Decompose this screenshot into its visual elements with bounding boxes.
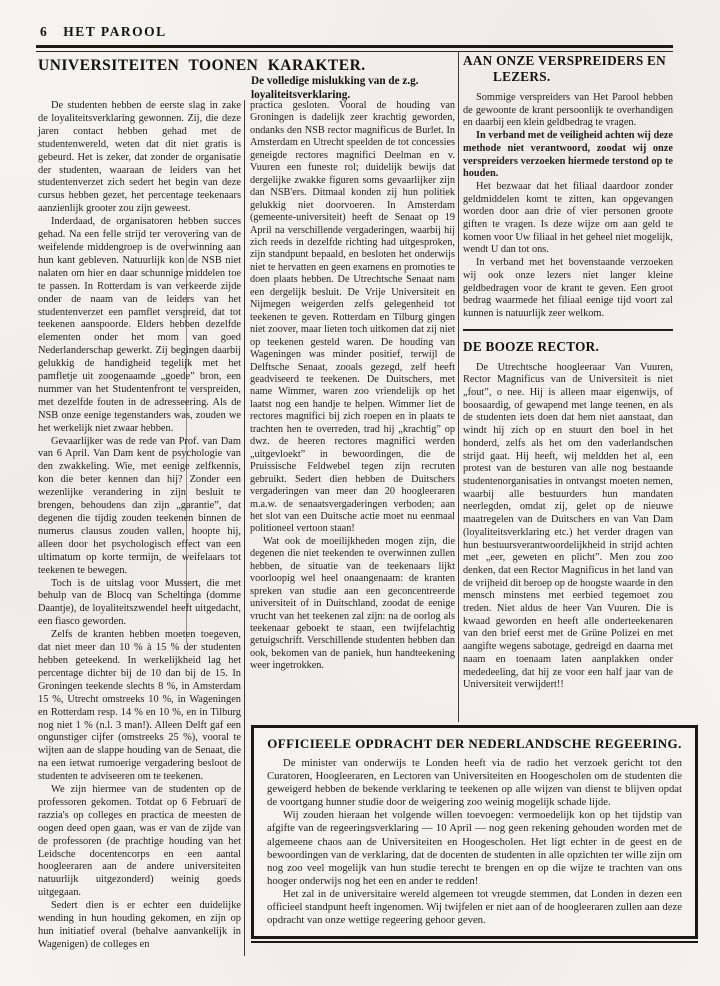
article-paragraph: We zijn hiermee van de studenten op de p…: [38, 784, 241, 900]
article-paragraph: In verband met het bovenstaande verzoeke…: [463, 257, 673, 321]
article-paragraph-bold: In verband met de veiligheid achten wij …: [463, 130, 673, 181]
masthead: HET PAROOL: [63, 24, 166, 40]
column-1: De studenten hebben de eerste slag in za…: [38, 100, 241, 952]
main-headline: UNIVERSITEITEN TOONEN KARAKTER.: [38, 57, 366, 75]
official-statement-box: OFFICIEELE OPDRACHT DER NEDERLANDSCHE RE…: [251, 725, 698, 939]
article-paragraph: De Utrechtsche hoogleeraar Van Vuuren, R…: [463, 362, 673, 692]
article-paragraph: Het zal in de universitaire wereld algem…: [267, 888, 682, 927]
article-paragraph: Toch is de uitslag voor Mussert, die met…: [38, 578, 241, 630]
column-2: practica gesloten. Vooral de houding van…: [250, 100, 455, 673]
newspaper-page: 6 HET PAROOL UNIVERSITEITEN TOONEN KARAK…: [0, 0, 720, 986]
verspreiders-headline: AAN ONZE VERSPREIDERS EN LEZERS.: [463, 53, 673, 85]
article-paragraph: practica gesloten. Vooral de houding van…: [250, 100, 455, 536]
official-box-headline: OFFICIEELE OPDRACHT DER NEDERLANDSCHE RE…: [267, 736, 682, 752]
column-3: AAN ONZE VERSPREIDERS EN LEZERS. Sommige…: [463, 53, 673, 692]
article-paragraph: Gevaarlijker was de rede van Prof. van D…: [38, 436, 241, 578]
page-number: 6: [40, 24, 48, 40]
column-divider: [458, 52, 459, 722]
header-rule: [36, 45, 673, 52]
article-paragraph: Zelfs de kranten hebben moeten toegeven,…: [38, 629, 241, 784]
article-paragraph: Wij zouden hieraan het volgende willen t…: [267, 809, 682, 888]
article-paragraph: Sedert dien is er echter een duidelijke …: [38, 900, 241, 952]
article-paragraph: De minister van onderwijs te Londen heef…: [267, 757, 682, 809]
article-paragraph: Wat ook de moeilijkheden mogen zijn, die…: [250, 536, 455, 673]
article-paragraph: Het bezwaar dat het filiaal daardoor zon…: [463, 181, 673, 257]
main-subtitle: De volledige mislukking van de z.g. loya…: [251, 75, 459, 102]
article-paragraph: Sommige verspreiders van Het Parool hebb…: [463, 92, 673, 130]
article-paragraph: Inderdaad, de organisatoren hebben succe…: [38, 216, 241, 435]
article-paragraph: De studenten hebben de eerste slag in za…: [38, 100, 241, 216]
booze-rector-headline: DE BOOZE RECTOR.: [463, 339, 673, 355]
column-divider: [244, 100, 245, 956]
section-divider-rule: [463, 329, 673, 331]
page-header: 6 HET PAROOL: [40, 24, 167, 40]
scan-crease-artifact: [186, 238, 187, 643]
